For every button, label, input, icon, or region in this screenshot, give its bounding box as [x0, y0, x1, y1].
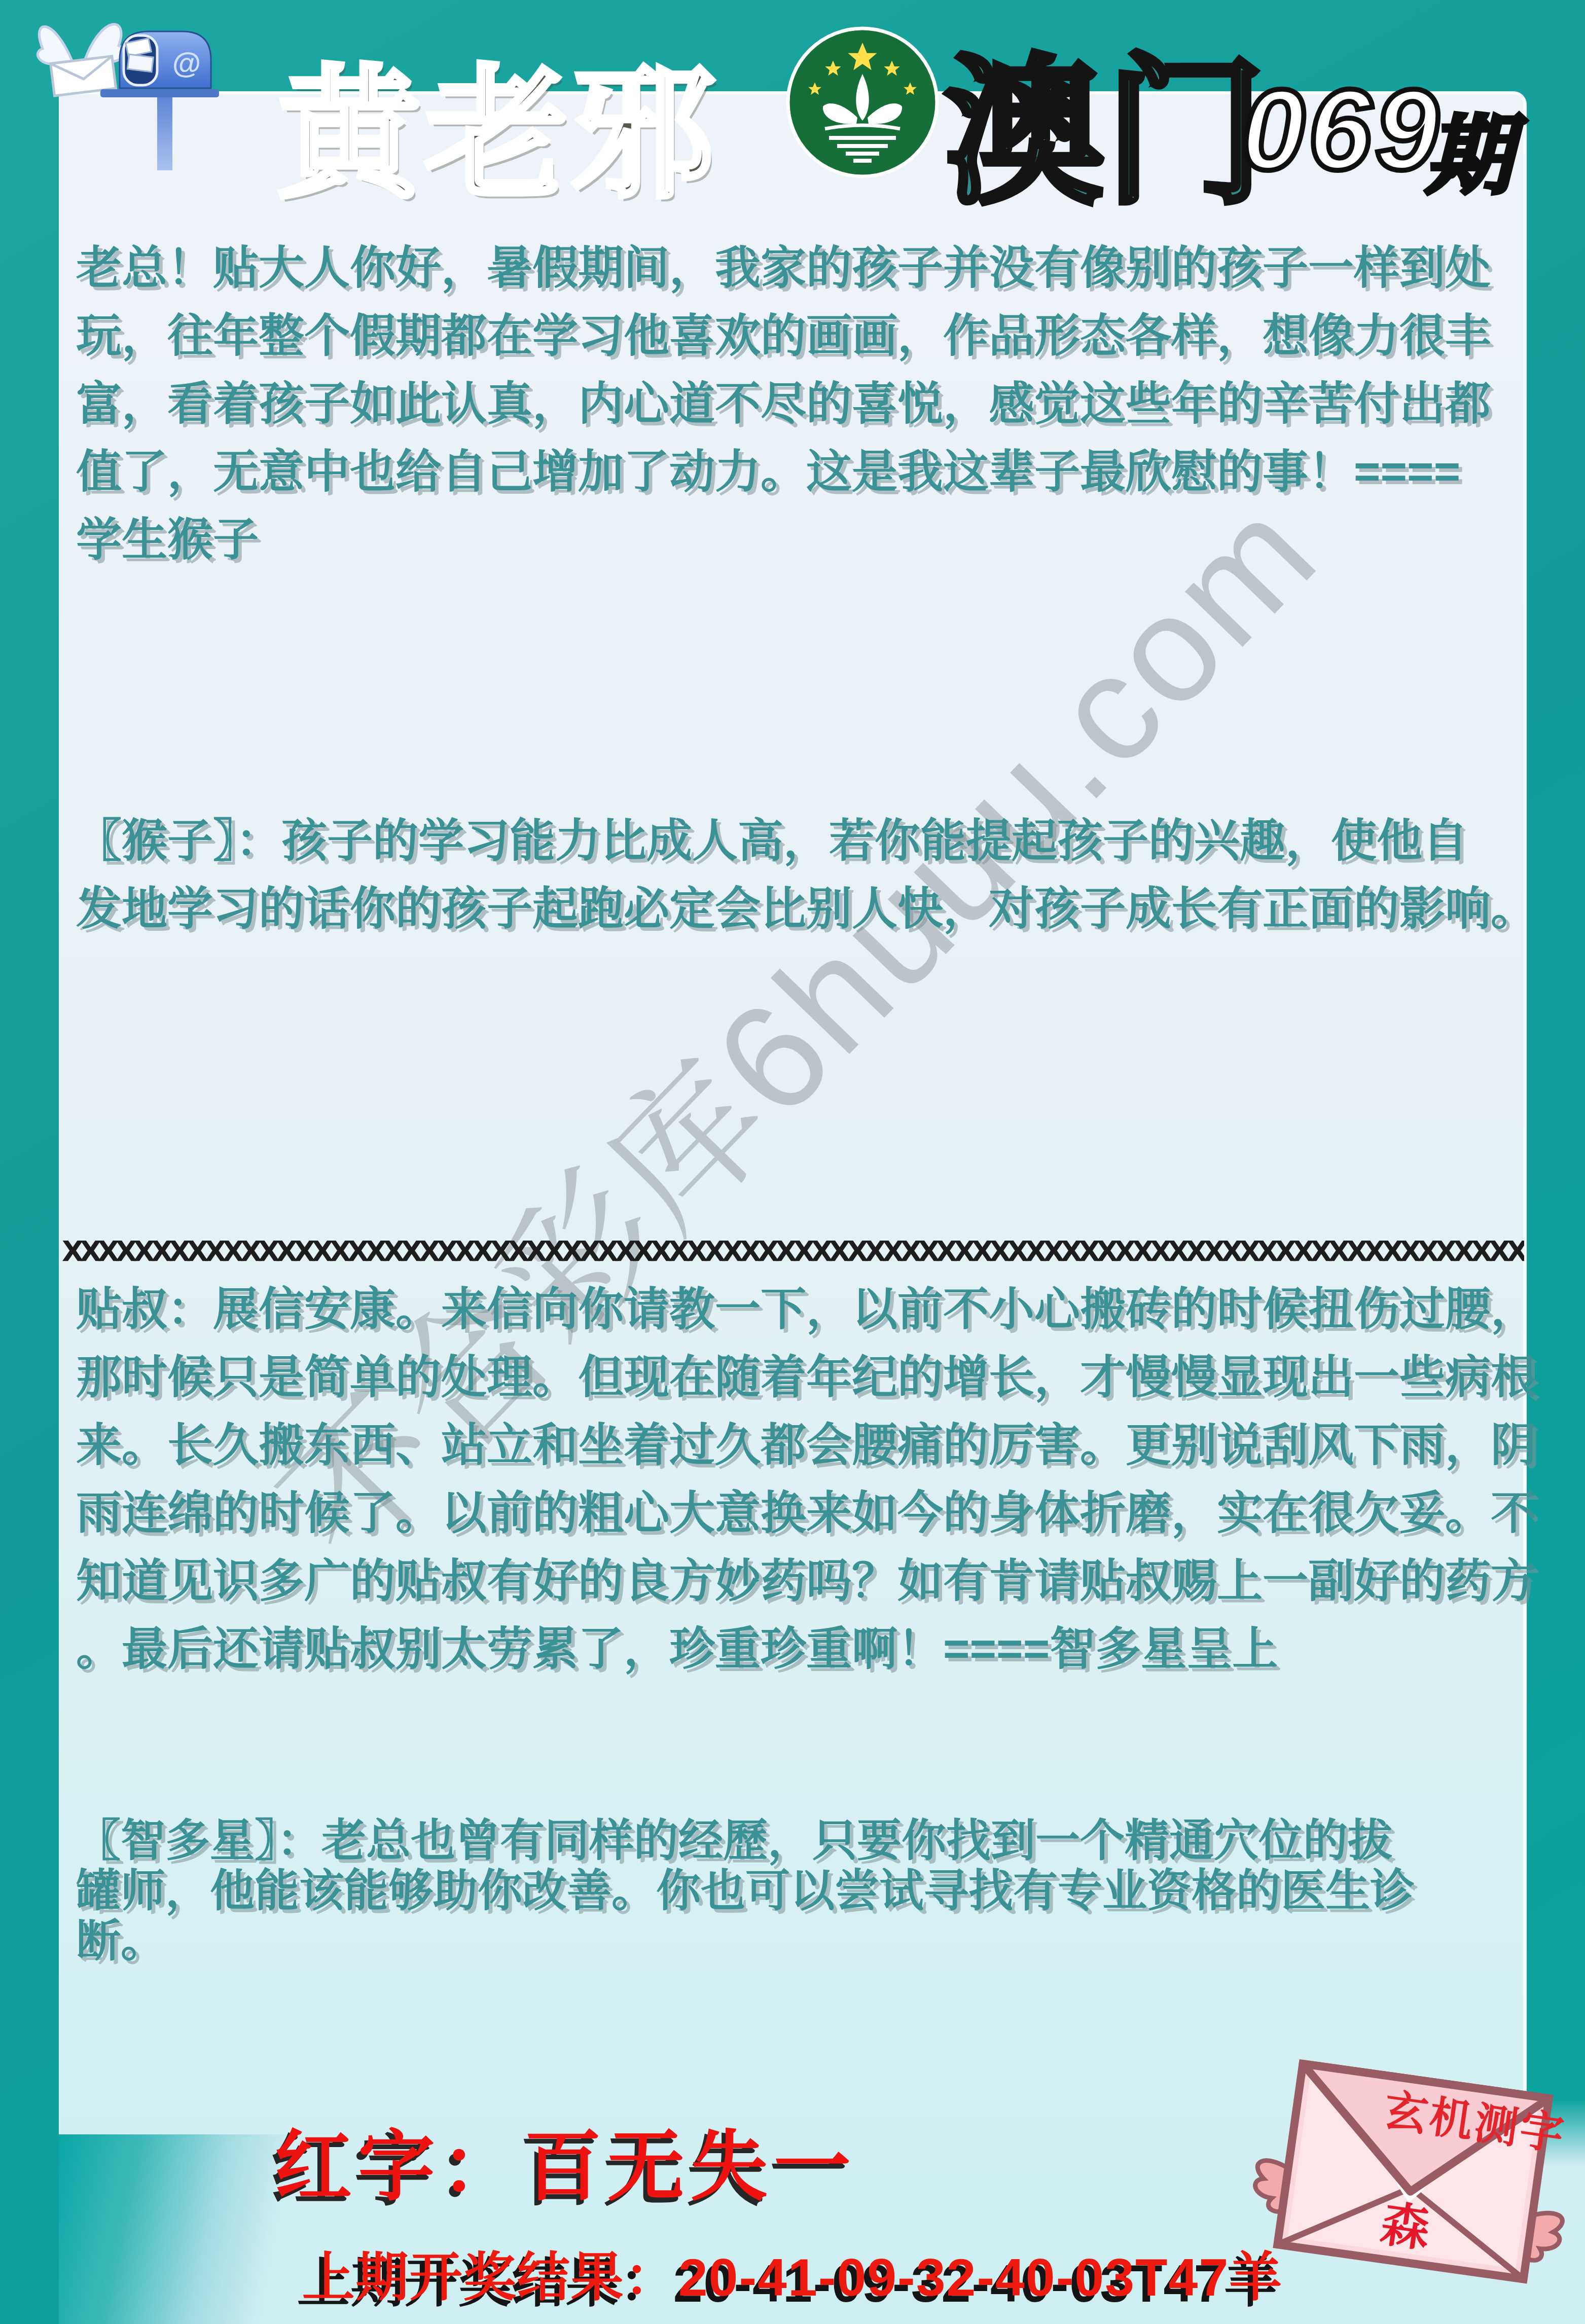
- letter-2-line: 那时候只是简单的处理。但现在随着年纪的增长，才慢慢显现出一些病根: [76, 1343, 1536, 1411]
- reply-1-line: 〖猴子〗：孩子的学习能力比成人高，若你能提起孩子的兴趣，使他自: [76, 807, 1536, 875]
- poster-page: { "header": { "site_name": "黄老邪", "regio…: [0, 0, 1585, 2324]
- letter-2-line: 贴叔：展信安康。来信向你请教一下，以前不小心搬砖的时候扭伤过腰，: [76, 1276, 1536, 1343]
- letter-1-line: 玩，往年整个假期都在学习他喜欢的画画，作品形态各样，想像力很丰: [76, 302, 1491, 370]
- reply-2-line: 断。: [76, 1915, 1415, 1966]
- issue-suffix: 期: [1426, 86, 1512, 210]
- letter-1-line: 富，看着孩子如此认真，内心道不尽的喜悦，感觉这些年的辛苦付出都: [76, 370, 1491, 438]
- reply-2-line: 罐师，他能该能够助你改善。你也可以尝试寻找有专业资格的医生诊: [76, 1865, 1415, 1915]
- letter-1: 老总！贴大人你好，暑假期间，我家的孩子并没有像别的孩子一样到处 玩，往年整个假期…: [76, 234, 1491, 574]
- site-name-title: 黄老邪: [278, 19, 719, 225]
- letter-2-line: 知道见识多广的贴叔有好的良方妙药吗？如有肯请贴叔赐上一副好的药方: [76, 1547, 1536, 1615]
- winged-envelope-icon: [38, 24, 124, 96]
- issue-number: 069: [1241, 64, 1442, 196]
- envelope-stamp-text: 森: [1378, 2197, 1433, 2257]
- mailbox-icon: @: [24, 2, 242, 174]
- letter-1-line: 老总！贴大人你好，暑假期间，我家的孩子并没有像别的孩子一样到处: [76, 234, 1491, 302]
- region-title: 澳门: [944, 4, 1267, 234]
- red-tip-text: 红字：百无失一: [275, 2105, 857, 2216]
- letter-1-signature: 学生猴子: [76, 506, 1491, 574]
- letter-2: 贴叔：展信安康。来信向你请教一下，以前不小心搬砖的时候扭伤过腰， 那时候只是简单…: [76, 1276, 1536, 1683]
- letter-1-line: 值了，无意中也给自己增加了动力。这是我这辈子最欣慰的事！====: [76, 438, 1491, 506]
- mystery-envelope-graphic: 玄机测字 森: [1237, 2052, 1585, 2324]
- reply-1-line: 发地学习的话你的孩子起跑必定会比别人快，对孩子成长有正面的影响。: [76, 875, 1536, 943]
- macau-lotus-logo: [785, 26, 940, 178]
- reply-1: 〖猴子〗：孩子的学习能力比成人高，若你能提起孩子的兴趣，使他自 发地学习的话你的…: [76, 807, 1536, 943]
- letter-2-signature: 。最后还请贴叔别太劳累了，珍重珍重啊！====智多星呈上: [76, 1615, 1536, 1683]
- letter-2-line: 雨连绵的时候了。以前的粗心大意换来如今的身体折磨，实在很欠妥。不: [76, 1479, 1536, 1547]
- at-symbol: @: [172, 47, 201, 80]
- letter-2-line: 来。长久搬东西、站立和坐着过久都会腰痛的厉害。更别说刮风下雨，阴: [76, 1411, 1536, 1479]
- stitch-divider: XXXXXXXXXXXXXXXXXXXXXXXXXXXXXXXXXXXXXXXX…: [62, 1235, 1524, 1268]
- reply-2: 〖智多星〗：老总也曾有同样的经歷，只要你找到一个精通穴位的拔 罐师，他能该能够助…: [76, 1815, 1415, 1966]
- reply-2-line: 〖智多星〗：老总也曾有同样的经歷，只要你找到一个精通穴位的拔: [76, 1815, 1415, 1865]
